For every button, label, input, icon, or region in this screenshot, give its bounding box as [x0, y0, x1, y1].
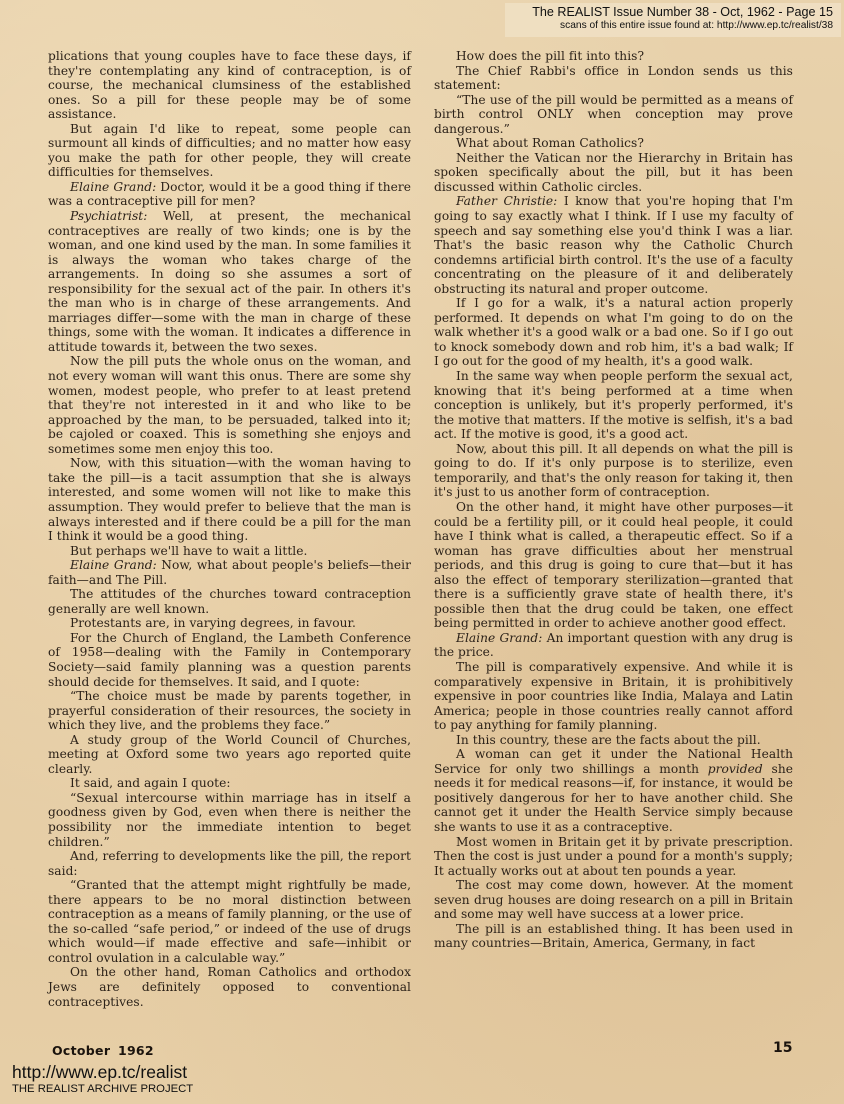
paragraph: Neither the Vatican nor the Hierarchy in…: [434, 151, 793, 195]
paragraph: The Chief Rabbi's office in London sends…: [434, 64, 793, 93]
paragraph: Elaine Grand: An important question with…: [434, 631, 793, 660]
paragraph: For the Church of England, the Lambeth C…: [48, 631, 411, 689]
paragraph: Most women in Britain get it by private …: [434, 835, 793, 879]
paragraph-text: plications that young couples have to fa…: [48, 49, 411, 121]
paragraph-text: It said, and again I quote:: [70, 776, 231, 790]
speaker-label: Father Christie:: [456, 194, 557, 208]
paragraph: Psychiatrist: Well, at present, the mech…: [48, 209, 411, 354]
paragraph: Elaine Grand: Doctor, would it be a good…: [48, 180, 411, 209]
paragraph: plications that young couples have to fa…: [48, 49, 411, 122]
paragraph: A woman can get it under the National He…: [434, 747, 793, 834]
emphasis-text: provided: [708, 762, 763, 776]
paragraph-text: Protestants are, in varying degrees, in …: [70, 616, 356, 630]
paragraph-text: Most women in Britain get it by private …: [434, 835, 793, 878]
archive-header-title: The REALIST Issue Number 38 - Oct, 1962 …: [505, 5, 833, 20]
paragraph: And, referring to developments like the …: [48, 849, 411, 878]
paragraph-text: The attitudes of the churches toward con…: [48, 587, 411, 616]
paragraph: It said, and again I quote:: [48, 776, 411, 791]
page-number: 15: [773, 1040, 792, 1056]
paragraph-text: If I go for a walk, it's a natural actio…: [434, 296, 793, 368]
paragraph: Now, about this pill. It all depends on …: [434, 442, 793, 500]
paragraph-text: “Granted that the attempt might rightful…: [48, 878, 411, 965]
paragraph: But perhaps we'll have to wait a little.: [48, 544, 411, 559]
paragraph-text: “Sexual intercourse within marriage has …: [48, 791, 411, 849]
quote-paragraph: “Sexual intercourse within marriage has …: [48, 791, 411, 849]
paragraph: Protestants are, in varying degrees, in …: [48, 616, 411, 631]
paragraph-text: But again I'd like to repeat, some peopl…: [48, 122, 411, 180]
paragraph-text: The pill is an established thing. It has…: [434, 922, 793, 951]
paragraph: Now the pill puts the whole onus on the …: [48, 354, 411, 456]
paragraph: In the same way when people perform the …: [434, 369, 793, 442]
archive-project-name: THE REALIST ARCHIVE PROJECT: [12, 1082, 193, 1096]
speaker-label: Elaine Grand:: [456, 631, 542, 645]
paragraph-text: But perhaps we'll have to wait a little.: [70, 544, 307, 558]
archive-header: The REALIST Issue Number 38 - Oct, 1962 …: [505, 3, 841, 37]
paragraph: How does the pill fit into this?: [434, 49, 793, 64]
speaker-label: Elaine Grand:: [70, 180, 156, 194]
paragraph: The pill is comparatively expensive. And…: [434, 660, 793, 733]
paragraph: What about Roman Catholics?: [434, 136, 793, 151]
paragraph-text: Well, at present, the mechanical contrac…: [48, 209, 411, 354]
paragraph-text: “The use of the pill would be permitted …: [434, 93, 793, 136]
paragraph-text: On the other hand, Roman Catholics and o…: [48, 965, 411, 1008]
paragraph: The attitudes of the churches toward con…: [48, 587, 411, 616]
paragraph: Father Christie: I know that you're hopi…: [434, 194, 793, 296]
archive-header-subtitle: scans of this entire issue found at: htt…: [505, 20, 833, 32]
paragraph: The pill is an established thing. It has…: [434, 922, 793, 951]
paragraph-text: Neither the Vatican nor the Hierarchy in…: [434, 151, 793, 194]
paragraph-text: Now the pill puts the whole onus on the …: [48, 354, 411, 455]
paragraph-text: I know that you're hoping that I'm going…: [434, 194, 793, 295]
paragraph-text: Now, with this situation—with the woman …: [48, 456, 411, 543]
paragraph: A study group of the World Council of Ch…: [48, 733, 411, 777]
paragraph-text: “The choice must be made by parents toge…: [48, 689, 411, 732]
quote-paragraph: “The choice must be made by parents toge…: [48, 689, 411, 733]
paragraph-text: The pill is comparatively expensive. And…: [434, 660, 793, 732]
quote-paragraph: “Granted that the attempt might rightful…: [48, 878, 411, 965]
paragraph: But again I'd like to repeat, some peopl…: [48, 122, 411, 180]
paragraph-text: In this country, these are the facts abo…: [456, 733, 761, 747]
paragraph-text: Now, about this pill. It all depends on …: [434, 442, 793, 500]
paragraph-text: For the Church of England, the Lambeth C…: [48, 631, 411, 689]
paragraph: On the other hand, it might have other p…: [434, 500, 793, 631]
folio-date: October 1962: [52, 1043, 154, 1058]
speaker-label: Psychiatrist:: [70, 209, 147, 223]
paragraph-text: The cost may come down, however. At the …: [434, 878, 793, 921]
paragraph: Now, with this situation—with the woman …: [48, 456, 411, 543]
paragraph-text: And, referring to developments like the …: [48, 849, 411, 878]
paragraph-text: What about Roman Catholics?: [456, 136, 644, 150]
paragraph: If I go for a walk, it's a natural actio…: [434, 296, 793, 369]
paragraph-text: On the other hand, it might have other p…: [434, 500, 793, 630]
paragraph-text: A study group of the World Council of Ch…: [48, 733, 411, 776]
paragraph-text: In the same way when people perform the …: [434, 369, 793, 441]
paragraph: In this country, these are the facts abo…: [434, 733, 793, 748]
right-column: How does the pill fit into this? The Chi…: [434, 49, 793, 951]
paragraph-text: The Chief Rabbi's office in London sends…: [434, 64, 793, 93]
paragraph: On the other hand, Roman Catholics and o…: [48, 965, 411, 1009]
speaker-label: Elaine Grand:: [70, 558, 157, 572]
archive-footer: http://www.ep.tc/realist THE REALIST ARC…: [12, 1062, 193, 1096]
paragraph-text: How does the pill fit into this?: [456, 49, 644, 63]
quote-paragraph: “The use of the pill would be permitted …: [434, 93, 793, 137]
paragraph: Elaine Grand: Now, what about people's b…: [48, 558, 411, 587]
left-column: plications that young couples have to fa…: [48, 49, 411, 1009]
archive-url-link[interactable]: http://www.ep.tc/realist: [12, 1062, 193, 1082]
paragraph: The cost may come down, however. At the …: [434, 878, 793, 922]
